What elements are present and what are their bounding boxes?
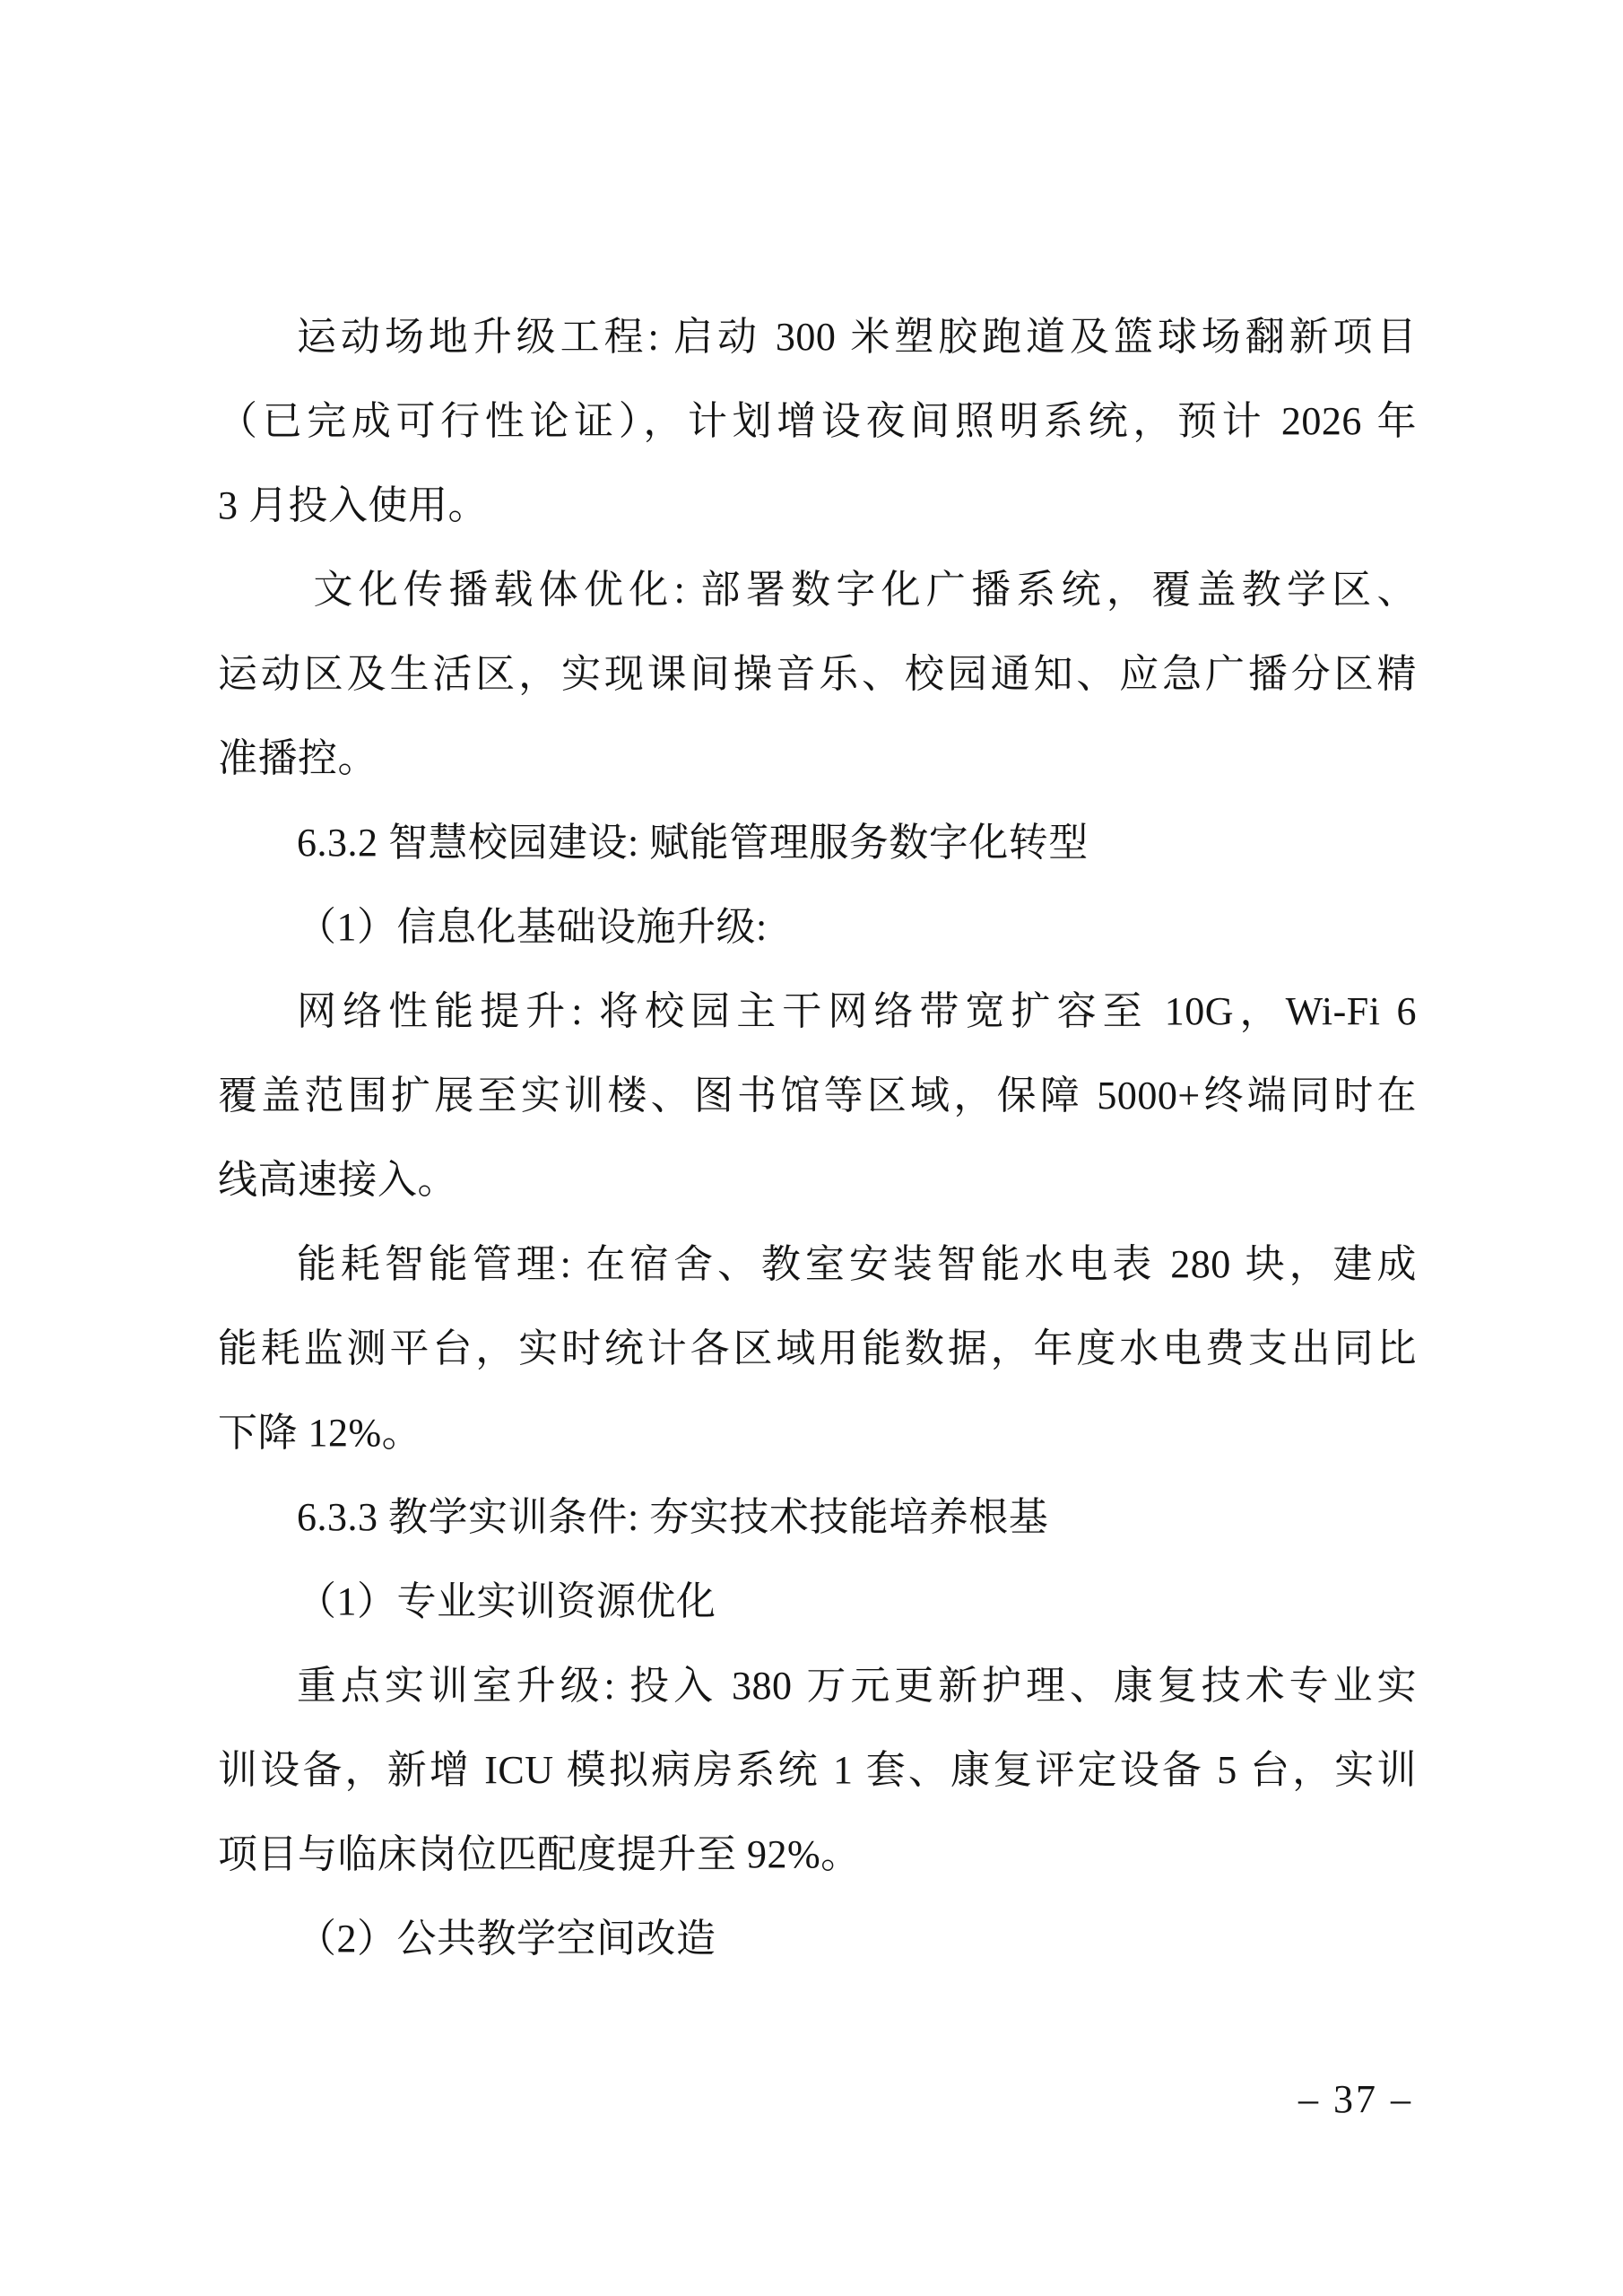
- paragraph-training-room-upgrade: 重点实训室升级: 投入 380 万元更新护理、康复技术专业实 训设备，新增 IC…: [218, 1644, 1417, 1897]
- text-line: 运动场地升级工程: 启动 300 米塑胶跑道及篮球场翻新项目: [218, 295, 1417, 379]
- text-line: （1）信息化基础设施升级:: [218, 885, 1417, 970]
- text-line: （2）公共教学空间改造: [218, 1897, 1417, 1981]
- text-line: （已完成可行性论证），计划增设夜间照明系统，预计 2026 年: [218, 379, 1417, 464]
- subitem-training-resources: （1）专业实训资源优化: [218, 1560, 1417, 1644]
- subitem-info-infrastructure: （1）信息化基础设施升级:: [218, 885, 1417, 970]
- document-page: 运动场地升级工程: 启动 300 米塑胶跑道及篮球场翻新项目 （已完成可行性论证…: [0, 0, 1623, 2296]
- paragraph-energy-management: 能耗智能管理: 在宿舍、教室安装智能水电表 280 块，建成 能耗监测平台，实时…: [218, 1222, 1417, 1475]
- text-line: 能耗智能管理: 在宿舍、教室安装智能水电表 280 块，建成: [218, 1222, 1417, 1307]
- subitem-public-teaching-space: （2）公共教学空间改造: [218, 1897, 1417, 1981]
- paragraph-sports-field-upgrade: 运动场地升级工程: 启动 300 米塑胶跑道及篮球场翻新项目 （已完成可行性论证…: [218, 295, 1417, 548]
- text-line: 能耗监测平台，实时统计各区域用能数据，年度水电费支出同比: [218, 1307, 1417, 1391]
- text-line: 下降 12%。: [218, 1391, 1417, 1475]
- text-line: 运动区及生活区，实现课间操音乐、校园通知、应急广播分区精: [218, 632, 1417, 717]
- text-line: 准播控。: [218, 717, 1417, 801]
- page-number: – 37 –: [1298, 2076, 1413, 2123]
- text-line: 重点实训室升级: 投入 380 万元更新护理、康复技术专业实: [218, 1644, 1417, 1728]
- text-line: 覆盖范围扩展至实训楼、图书馆等区域，保障 5000+终端同时在: [218, 1054, 1417, 1138]
- paragraph-culture-broadcast: 文化传播载体优化: 部署数字化广播系统，覆盖教学区、 运动区及生活区，实现课间操…: [218, 548, 1417, 801]
- heading-line: 6.3.2 智慧校园建设: 赋能管理服务数字化转型: [218, 801, 1417, 885]
- document-body: 运动场地升级工程: 启动 300 米塑胶跑道及篮球场翻新项目 （已完成可行性论证…: [218, 295, 1417, 1981]
- text-line: 网络性能提升: 将校园主干网络带宽扩容至 10G，Wi-Fi 6: [218, 970, 1417, 1054]
- heading-6-3-3: 6.3.3 教学实训条件: 夯实技术技能培养根基: [218, 1475, 1417, 1560]
- heading-line: 6.3.3 教学实训条件: 夯实技术技能培养根基: [218, 1475, 1417, 1560]
- heading-6-3-2: 6.3.2 智慧校园建设: 赋能管理服务数字化转型: [218, 801, 1417, 885]
- paragraph-network-performance: 网络性能提升: 将校园主干网络带宽扩容至 10G，Wi-Fi 6 覆盖范围扩展至…: [218, 970, 1417, 1222]
- text-line: 项目与临床岗位匹配度提升至 92%。: [218, 1813, 1417, 1897]
- text-line: 线高速接入。: [218, 1138, 1417, 1222]
- text-line: 3 月投入使用。: [218, 464, 1417, 548]
- text-line: 训设备，新增 ICU 模拟病房系统 1 套、康复评定设备 5 台，实训: [218, 1728, 1417, 1813]
- text-line: （1）专业实训资源优化: [218, 1560, 1417, 1644]
- text-line: 文化传播载体优化: 部署数字化广播系统，覆盖教学区、: [218, 548, 1417, 632]
